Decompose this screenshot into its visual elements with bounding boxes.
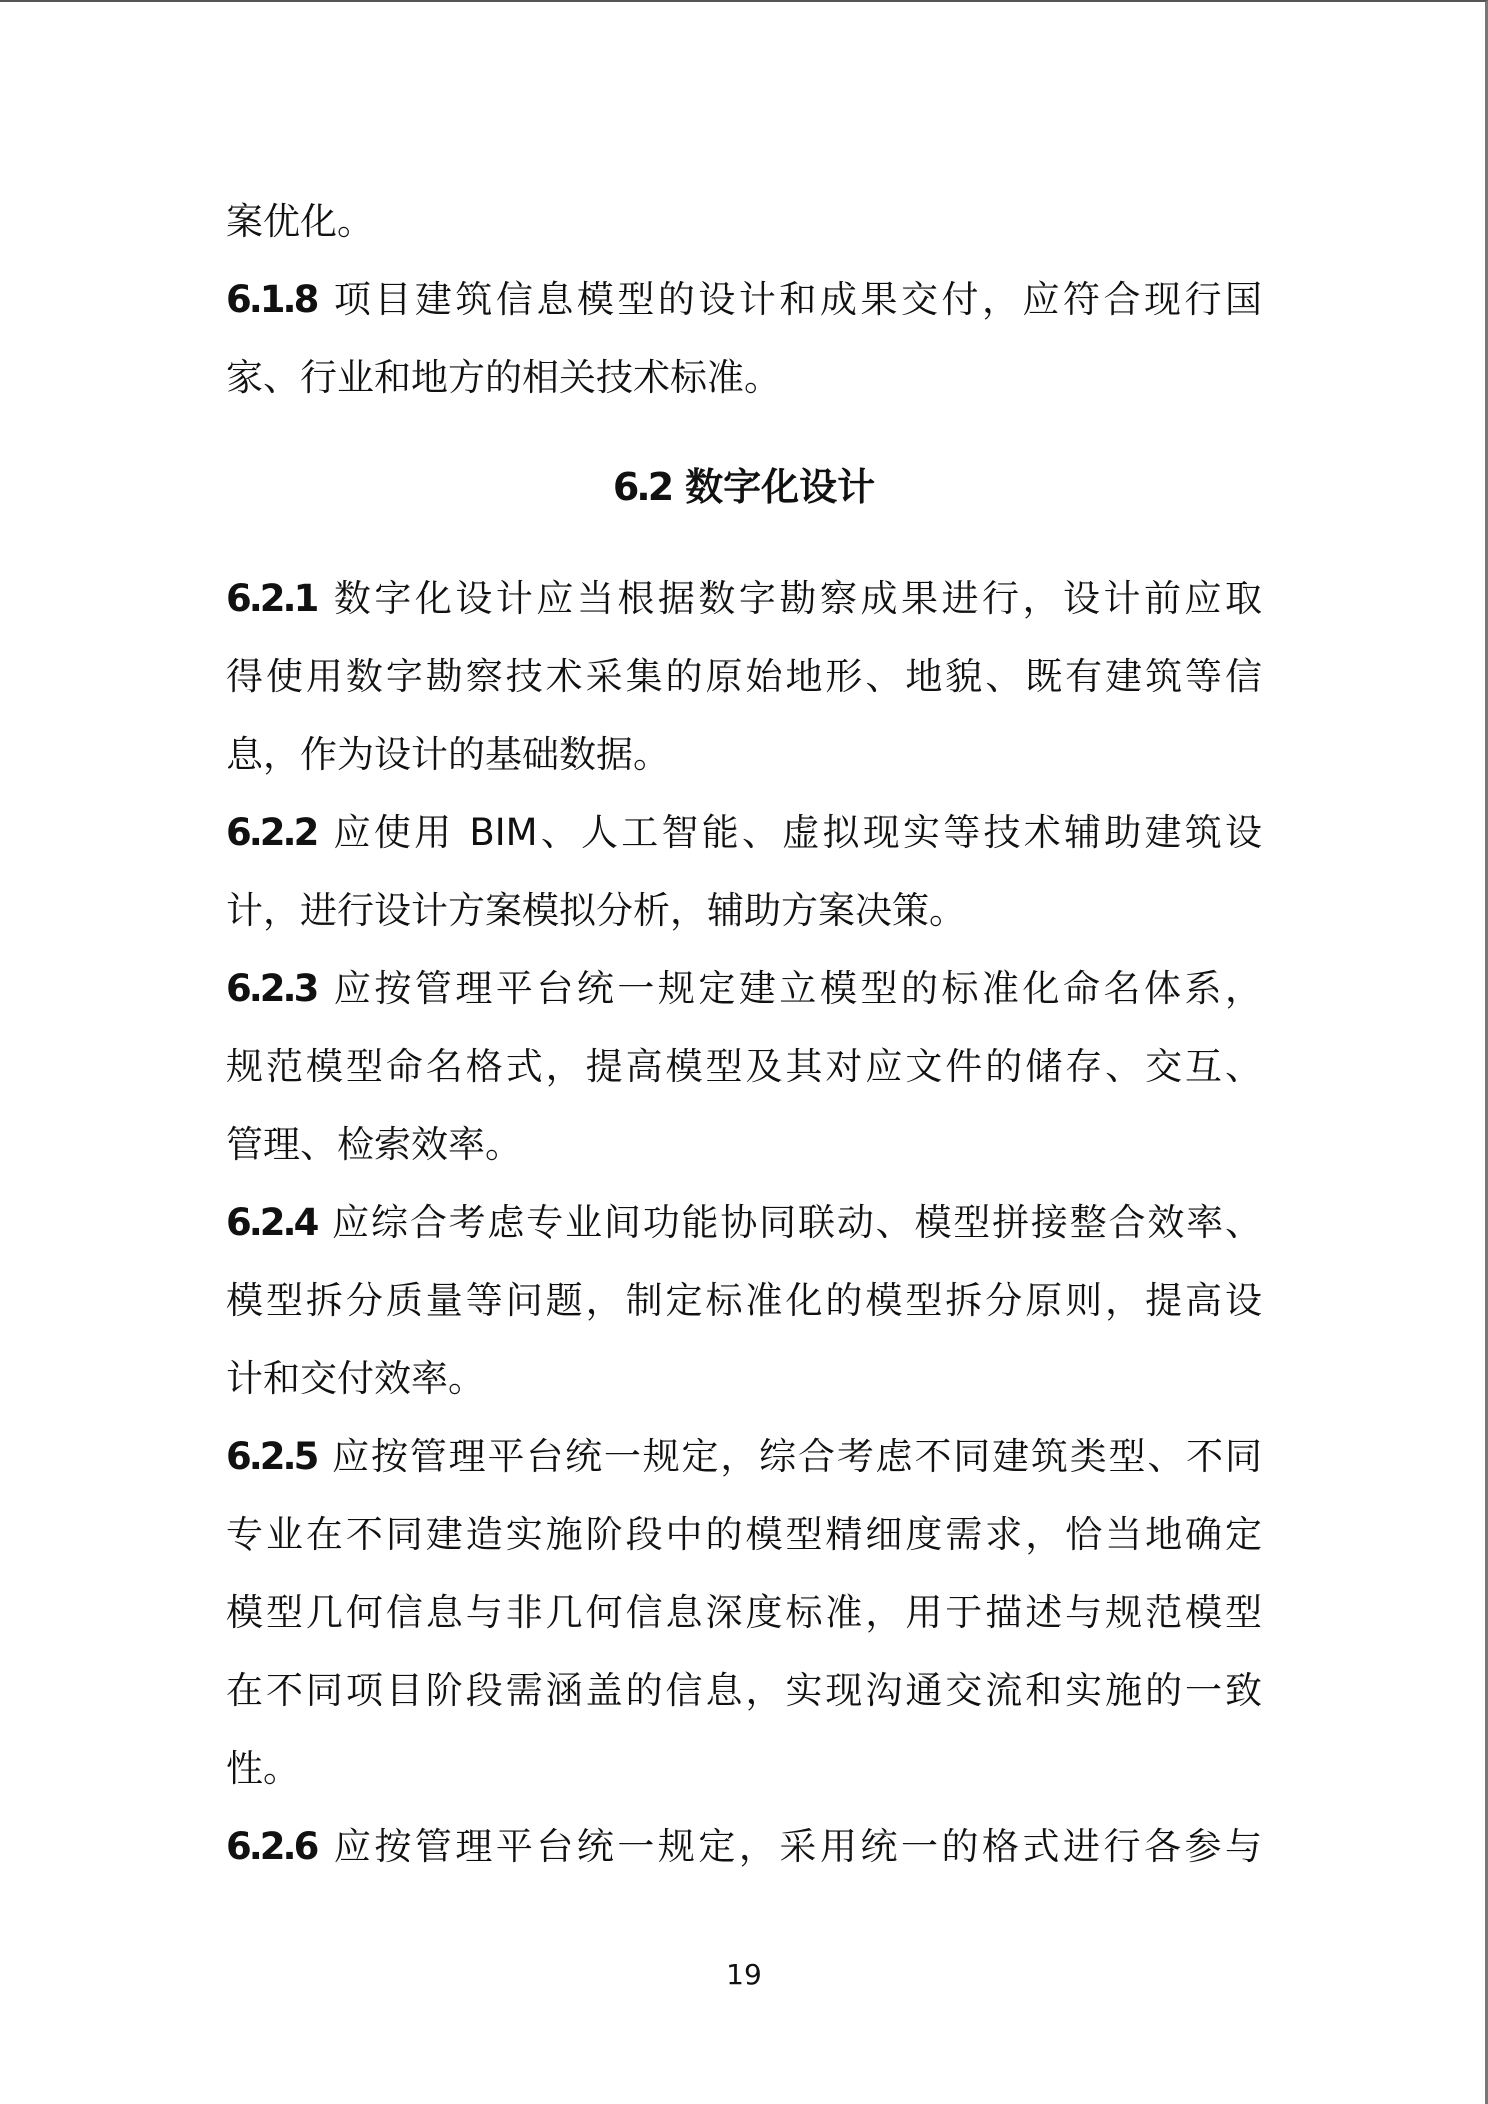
clause-6-2-3-line-3: 管理、检索效率。 [226, 1121, 1262, 1169]
clause-6-2-5-line-5: 性。 [226, 1745, 1262, 1793]
clause-6-2-4-line-3: 计和交付效率。 [226, 1355, 1262, 1403]
clause-number: 6.2.6 [226, 1825, 316, 1868]
clause-6-2-5-line-1: 6.2.5应按管理平台统一规定，综合考虑不同建筑类型、不同 [226, 1433, 1262, 1481]
clause-text: 应使用 BIM、人工智能、虚拟现实等技术辅助建筑设 [330, 811, 1262, 854]
clause-6-2-5-line-4: 在不同项目阶段需涵盖的信息，实现沟通交流和实施的一致 [226, 1667, 1262, 1715]
clause-text: 应按管理平台统一规定建立模型的标准化命名体系， [330, 967, 1262, 1010]
clause-text: 项目建筑信息模型的设计和成果交付，应符合现行国 [330, 278, 1262, 321]
clause-number: 6.2.1 [226, 577, 316, 620]
clause-text: 应按管理平台统一规定，综合考虑不同建筑类型、不同 [330, 1435, 1262, 1478]
clause-number: 6.2.4 [226, 1201, 316, 1244]
section-title: 数字化设计 [685, 465, 875, 509]
clause-6-2-1-line-1: 6.2.1数字化设计应当根据数字勘察成果进行，设计前应取 [226, 575, 1262, 623]
clause-6-1-8-line-2: 家、行业和地方的相关技术标准。 [226, 354, 1262, 402]
clause-6-2-4-line-1: 6.2.4应综合考虑专业间功能协同联动、模型拼接整合效率、 [226, 1199, 1262, 1247]
clause-6-1-8-line-1: 6.1.8项目建筑信息模型的设计和成果交付，应符合现行国 [226, 276, 1262, 324]
clause-6-2-1-line-2: 得使用数字勘察技术采集的原始地形、地貌、既有建筑等信 [226, 653, 1262, 701]
paragraph-line: 案优化。 [226, 198, 1262, 246]
clause-6-2-4-line-2: 模型拆分质量等问题，制定标准化的模型拆分原则，提高设 [226, 1277, 1262, 1325]
section-number: 6.2 [613, 465, 671, 509]
clause-number: 6.2.2 [226, 811, 316, 854]
clause-6-2-5-line-2: 专业在不同建造实施阶段中的模型精细度需求，恰当地确定 [226, 1511, 1262, 1559]
clause-text: 应按管理平台统一规定，采用统一的格式进行各参与 [330, 1825, 1262, 1868]
clause-6-2-3-line-2: 规范模型命名格式，提高模型及其对应文件的储存、交互、 [226, 1043, 1262, 1091]
page-number: 19 [0, 1957, 1488, 1993]
clause-number: 6.1.8 [226, 278, 316, 321]
clause-text: 应综合考虑专业间功能协同联动、模型拼接整合效率、 [330, 1201, 1262, 1244]
clause-number: 6.2.5 [226, 1435, 316, 1478]
document-page: 案优化。 6.1.8项目建筑信息模型的设计和成果交付，应符合现行国 家、行业和地… [0, 0, 1488, 2104]
clause-6-2-6-line-1: 6.2.6应按管理平台统一规定，采用统一的格式进行各参与 [226, 1823, 1262, 1871]
clause-text: 数字化设计应当根据数字勘察成果进行，设计前应取 [330, 577, 1262, 620]
clause-6-2-2-line-1: 6.2.2应使用 BIM、人工智能、虚拟现实等技术辅助建筑设 [226, 809, 1262, 857]
clause-6-2-1-line-3: 息，作为设计的基础数据。 [226, 731, 1262, 779]
clause-6-2-2-line-2: 计，进行设计方案模拟分析，辅助方案决策。 [226, 887, 1262, 935]
clause-6-2-3-line-1: 6.2.3应按管理平台统一规定建立模型的标准化命名体系， [226, 965, 1262, 1013]
clause-6-2-5-line-3: 模型几何信息与非几何信息深度标准，用于描述与规范模型 [226, 1589, 1262, 1637]
clause-number: 6.2.3 [226, 967, 316, 1010]
section-heading: 6.2数字化设计 [0, 463, 1488, 511]
